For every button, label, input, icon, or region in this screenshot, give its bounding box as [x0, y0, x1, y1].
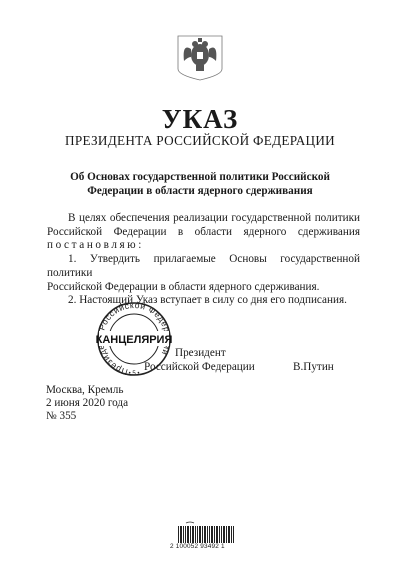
decree-heading-line: Об Основах государственной политики Росс…: [60, 170, 340, 184]
decree-word: постановляю:: [47, 239, 360, 253]
item-1-line: 1. Утвердить прилагаемые Основы государс…: [47, 253, 360, 280]
decree-heading: Об Основах государственной политики Росс…: [60, 170, 340, 198]
coat-of-arms-icon: [174, 33, 226, 81]
decree-heading-line: Федерации в области ядерного сдерживания: [60, 184, 340, 198]
document-subtitle: ПРЕЗИДЕНТА РОССИЙСКОЙ ФЕДЕРАЦИИ: [0, 133, 400, 149]
svg-text:• 5 •: • 5 •: [129, 371, 140, 377]
barcode-digits: 2 100052 93492 1: [170, 543, 225, 550]
item-1-line: Российской Федерации в области ядерного …: [47, 281, 360, 295]
signatory-name: В.Путин: [293, 361, 334, 373]
signatory-title: Российской Федерации: [144, 361, 255, 373]
preamble-line: Российской Федерации в области ядерного …: [47, 226, 360, 240]
decree-number: № 355: [46, 410, 128, 423]
signatory-title: Президент: [175, 347, 226, 359]
document-title: УКАЗ: [0, 104, 400, 135]
place-date-number: Москва, Кремль 2 июня 2020 года № 355: [46, 384, 128, 423]
place: Москва, Кремль: [46, 384, 128, 397]
date: 2 июня 2020 года: [46, 397, 128, 410]
decree-body: В целях обеспечения реализации государст…: [47, 212, 360, 308]
preamble-line: В целях обеспечения реализации государст…: [47, 212, 360, 226]
svg-text:КАНЦЕЛЯРИЯ: КАНЦЕЛЯРИЯ: [96, 334, 173, 346]
